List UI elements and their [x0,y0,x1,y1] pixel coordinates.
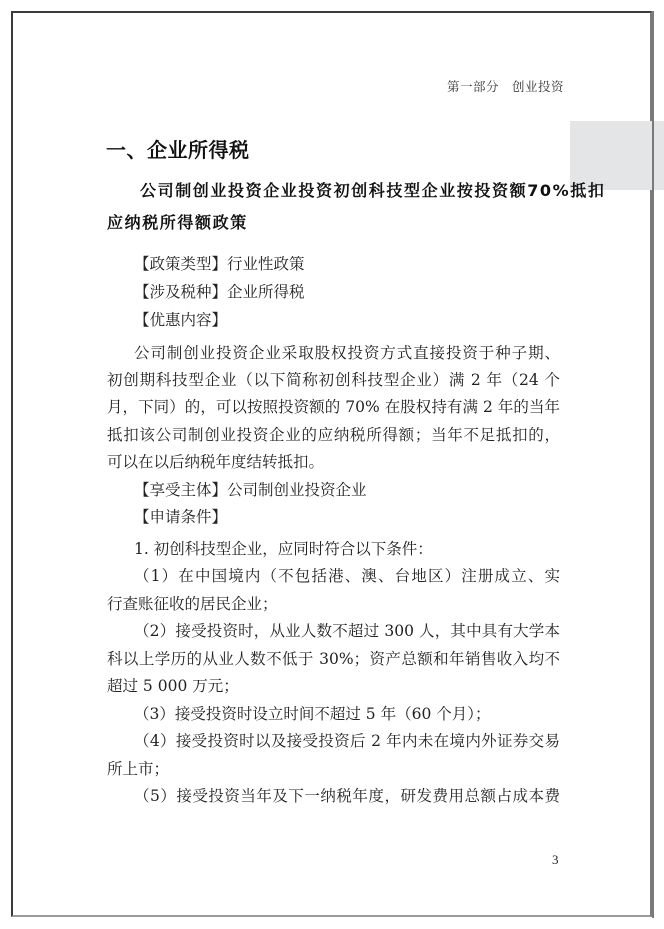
running-head: 第一部分 创业投资 [447,77,564,95]
condition-line: 所上市； [107,759,560,779]
condition-line: 行查账征收的居民企业； [107,594,560,614]
benefit-line: 月，下同）的，可以按照投资额的 70% 在股权持有满 2 年的当年 [107,397,560,417]
field-conditions-heading: 【申请条件】 [134,507,560,527]
field-beneficiary: 【享受主体】公司制创业投资企业 [134,480,560,500]
field-tax-type: 【涉及税种】企业所得税 [134,282,560,302]
page-number: 3 [552,852,559,868]
condition-line: （4）接受投资时以及接受投资后 2 年内未在境内外证券交易 [134,731,560,751]
policy-title-line-1: 公司制创业投资企业投资初创科技型企业按投资额70%抵扣 [140,178,606,201]
condition-line: （5）接受投资当年及下一纳税年度，研发费用总额占成本费 [134,786,560,806]
condition-line: 超过 5 000 万元； [107,676,560,696]
policy-title-line-2: 应纳税所得额政策 [107,210,248,233]
field-policy-type: 【政策类型】行业性政策 [134,254,560,274]
benefit-line: 可以在以后纳税年度结转抵扣。 [107,452,560,472]
condition-line: （3）接受投资时设立时间不超过 5 年（60 个月）； [134,704,560,724]
condition-line: （1）在中国境内（不包括港、澳、台地区）注册成立、实 [134,566,560,586]
benefit-line: 公司制创业投资企业采取股权投资方式直接投资于种子期、 [134,343,560,363]
condition-intro: 1. 初创科技型企业，应同时符合以下条件： [134,539,560,559]
field-benefit-heading: 【优惠内容】 [134,310,560,330]
section-title: 一、企业所得税 [106,134,250,163]
benefit-line: 抵扣该公司制创业投资企业的应纳税所得额；当年不足抵扣的， [107,425,560,445]
condition-line: （2）接受投资时，从业人数不超过 300 人，其中具有大学本 [134,621,560,641]
page-frame-right-edge [652,11,654,918]
condition-line: 科以上学历的从业人数不低于 30%；资产总额和年销售收入均不 [107,649,560,669]
benefit-line: 初创期科技型企业（以下简称初创科技型企业）满 2 年（24 个 [107,370,560,390]
